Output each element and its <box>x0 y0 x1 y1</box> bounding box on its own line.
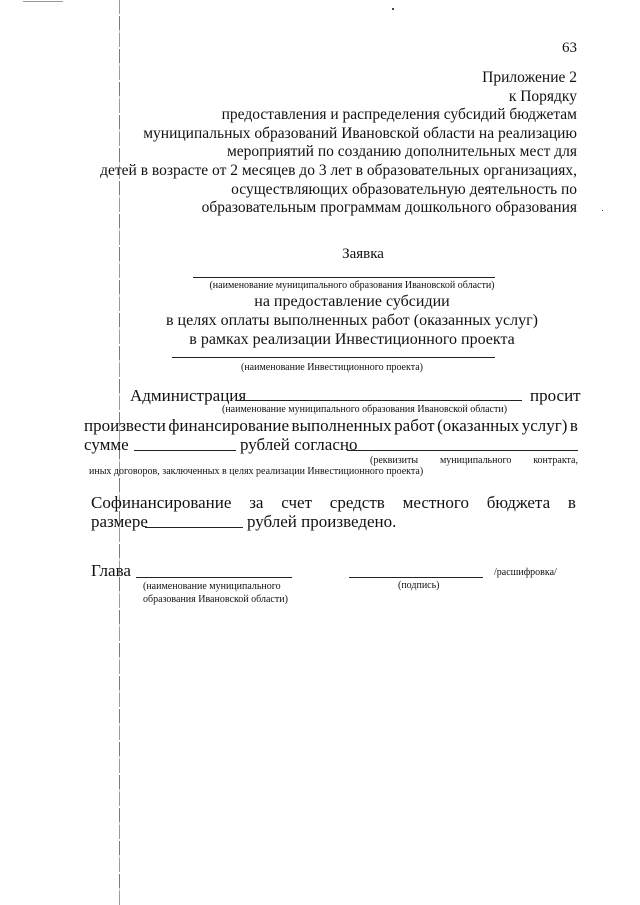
scan-artifact-mark <box>23 1 63 2</box>
annex-line: образовательным программам дошкольного о… <box>100 199 577 218</box>
annex-line: Приложение 2 <box>100 69 577 88</box>
scan-artifact-dot <box>602 210 603 211</box>
signature-blank-line[interactable] <box>349 577 483 578</box>
head-label: Глава <box>91 561 131 581</box>
contract-blank-line[interactable] <box>347 450 578 451</box>
asks-label: просит <box>530 386 581 406</box>
page-number: 63 <box>0 40 577 57</box>
project-caption: (наименование Инвестиционного проекта) <box>130 362 534 373</box>
annex-line: предоставления и распределения субсидий … <box>100 106 577 125</box>
signature-caption: (подпись) <box>398 580 440 591</box>
annex-line: мероприятий по созданию дополнительных м… <box>100 143 577 162</box>
head-municipality-caption: (наименование муниципального образования… <box>143 580 288 606</box>
subtitle-line: в рамках реализации Инвестиционного прое… <box>120 330 584 349</box>
decoding-label: /расшифровка/ <box>494 567 557 578</box>
project-blank-line[interactable] <box>172 357 495 358</box>
municipality-caption: (наименование муниципального образования… <box>130 280 574 291</box>
annex-line: осуществляющих образовательную деятельно… <box>100 181 577 200</box>
sum-label: сумме <box>84 435 129 455</box>
administration-blank-line[interactable] <box>236 400 522 401</box>
document-title: Заявка <box>0 246 640 263</box>
request-text-line: произвести финансирование выполненных ра… <box>84 416 578 436</box>
contract-caption-line2: иных договоров, заключенных в целях реал… <box>89 466 423 477</box>
size-label: размере <box>91 512 148 532</box>
head-municipality-blank-line[interactable] <box>136 577 292 578</box>
municipality-blank-line[interactable] <box>193 277 495 278</box>
annex-header: Приложение 2 к Порядку предоставления и … <box>100 69 577 218</box>
subtitle-line: на предоставление субсидии <box>120 292 584 311</box>
administration-label: Администрация <box>130 386 246 406</box>
annex-line: к Порядку <box>100 88 577 107</box>
rubles-according-label: рублей согласно <box>240 435 357 455</box>
sum-blank-line[interactable] <box>134 450 236 451</box>
annex-line: детей в возрасте от 2 месяцев до 3 лет в… <box>100 162 577 181</box>
contract-caption-line1: (реквизиты муниципального контракта, <box>370 455 578 466</box>
administration-caption: (наименование муниципального образования… <box>222 404 507 415</box>
cofinancing-text-line: Софинансирование за счет средств местног… <box>91 493 576 513</box>
scan-artifact-dot <box>392 8 394 10</box>
annex-line: муниципальных образований Ивановской обл… <box>100 125 577 144</box>
cofinancing-sum-blank-line[interactable] <box>145 527 243 528</box>
subtitle-line: в целях оплаты выполненных работ (оказан… <box>120 311 584 330</box>
application-subtitle: на предоставление субсидии в целях оплат… <box>120 292 584 349</box>
rubles-done-label: рублей произведено. <box>247 512 396 532</box>
